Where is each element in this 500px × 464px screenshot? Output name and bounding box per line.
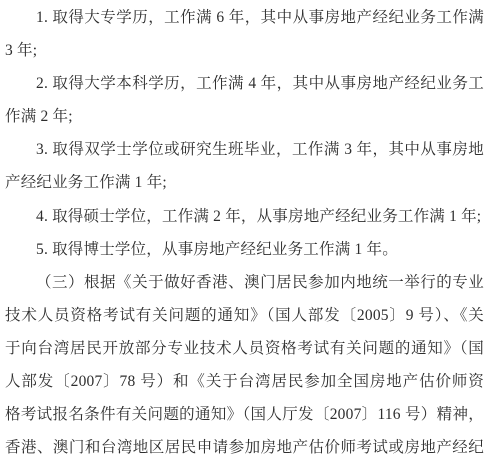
text-line-14: 香港、澳门和台湾地区居民申请参加房地产估价师考试或房地产经纪 — [5, 431, 484, 464]
text-line-7: 4. 取得硕士学位，工作满 2 年，从事房地产经纪业务工作满 1 年; — [5, 200, 484, 233]
document-page: 1. 取得大专学历，工作满 6 年，其中从事房地产经纪业务工作满 3 年; 2.… — [0, 0, 500, 464]
text-line-2: 3 年; — [5, 34, 484, 67]
text-line-10: 技术人员资格考试有关问题的通知》（国人部发〔2005〕9 号）、《关 — [5, 299, 484, 332]
text-line-11: 于向台湾居民开放部分专业技术人员资格考试有关问题的通知》（国 — [5, 332, 484, 365]
text-line-12: 人部发〔2007〕78 号）和《关于台湾居民参加全国房地产估价师资 — [5, 365, 484, 398]
text-line-3: 2. 取得大学本科学历，工作满 4 年，其中从事房地产经纪业务工 — [5, 67, 484, 100]
text-line-8: 5. 取得博士学位，从事房地产经纪业务工作满 1 年。 — [5, 233, 484, 266]
text-line-4: 作满 2 年; — [5, 100, 484, 133]
text-line-9: （三）根据《关于做好香港、澳门居民参加内地统一举行的专业 — [5, 266, 484, 299]
text-line-6: 产经纪业务工作满 1 年; — [5, 166, 484, 199]
text-line-13: 格考试报名条件有关问题的通知》（国人厅发〔2007〕116 号）精神， — [5, 398, 484, 431]
text-line-5: 3. 取得双学士学位或研究生班毕业，工作满 3 年，其中从事房地 — [5, 133, 484, 166]
text-line-1: 1. 取得大专学历，工作满 6 年，其中从事房地产经纪业务工作满 — [5, 1, 484, 34]
